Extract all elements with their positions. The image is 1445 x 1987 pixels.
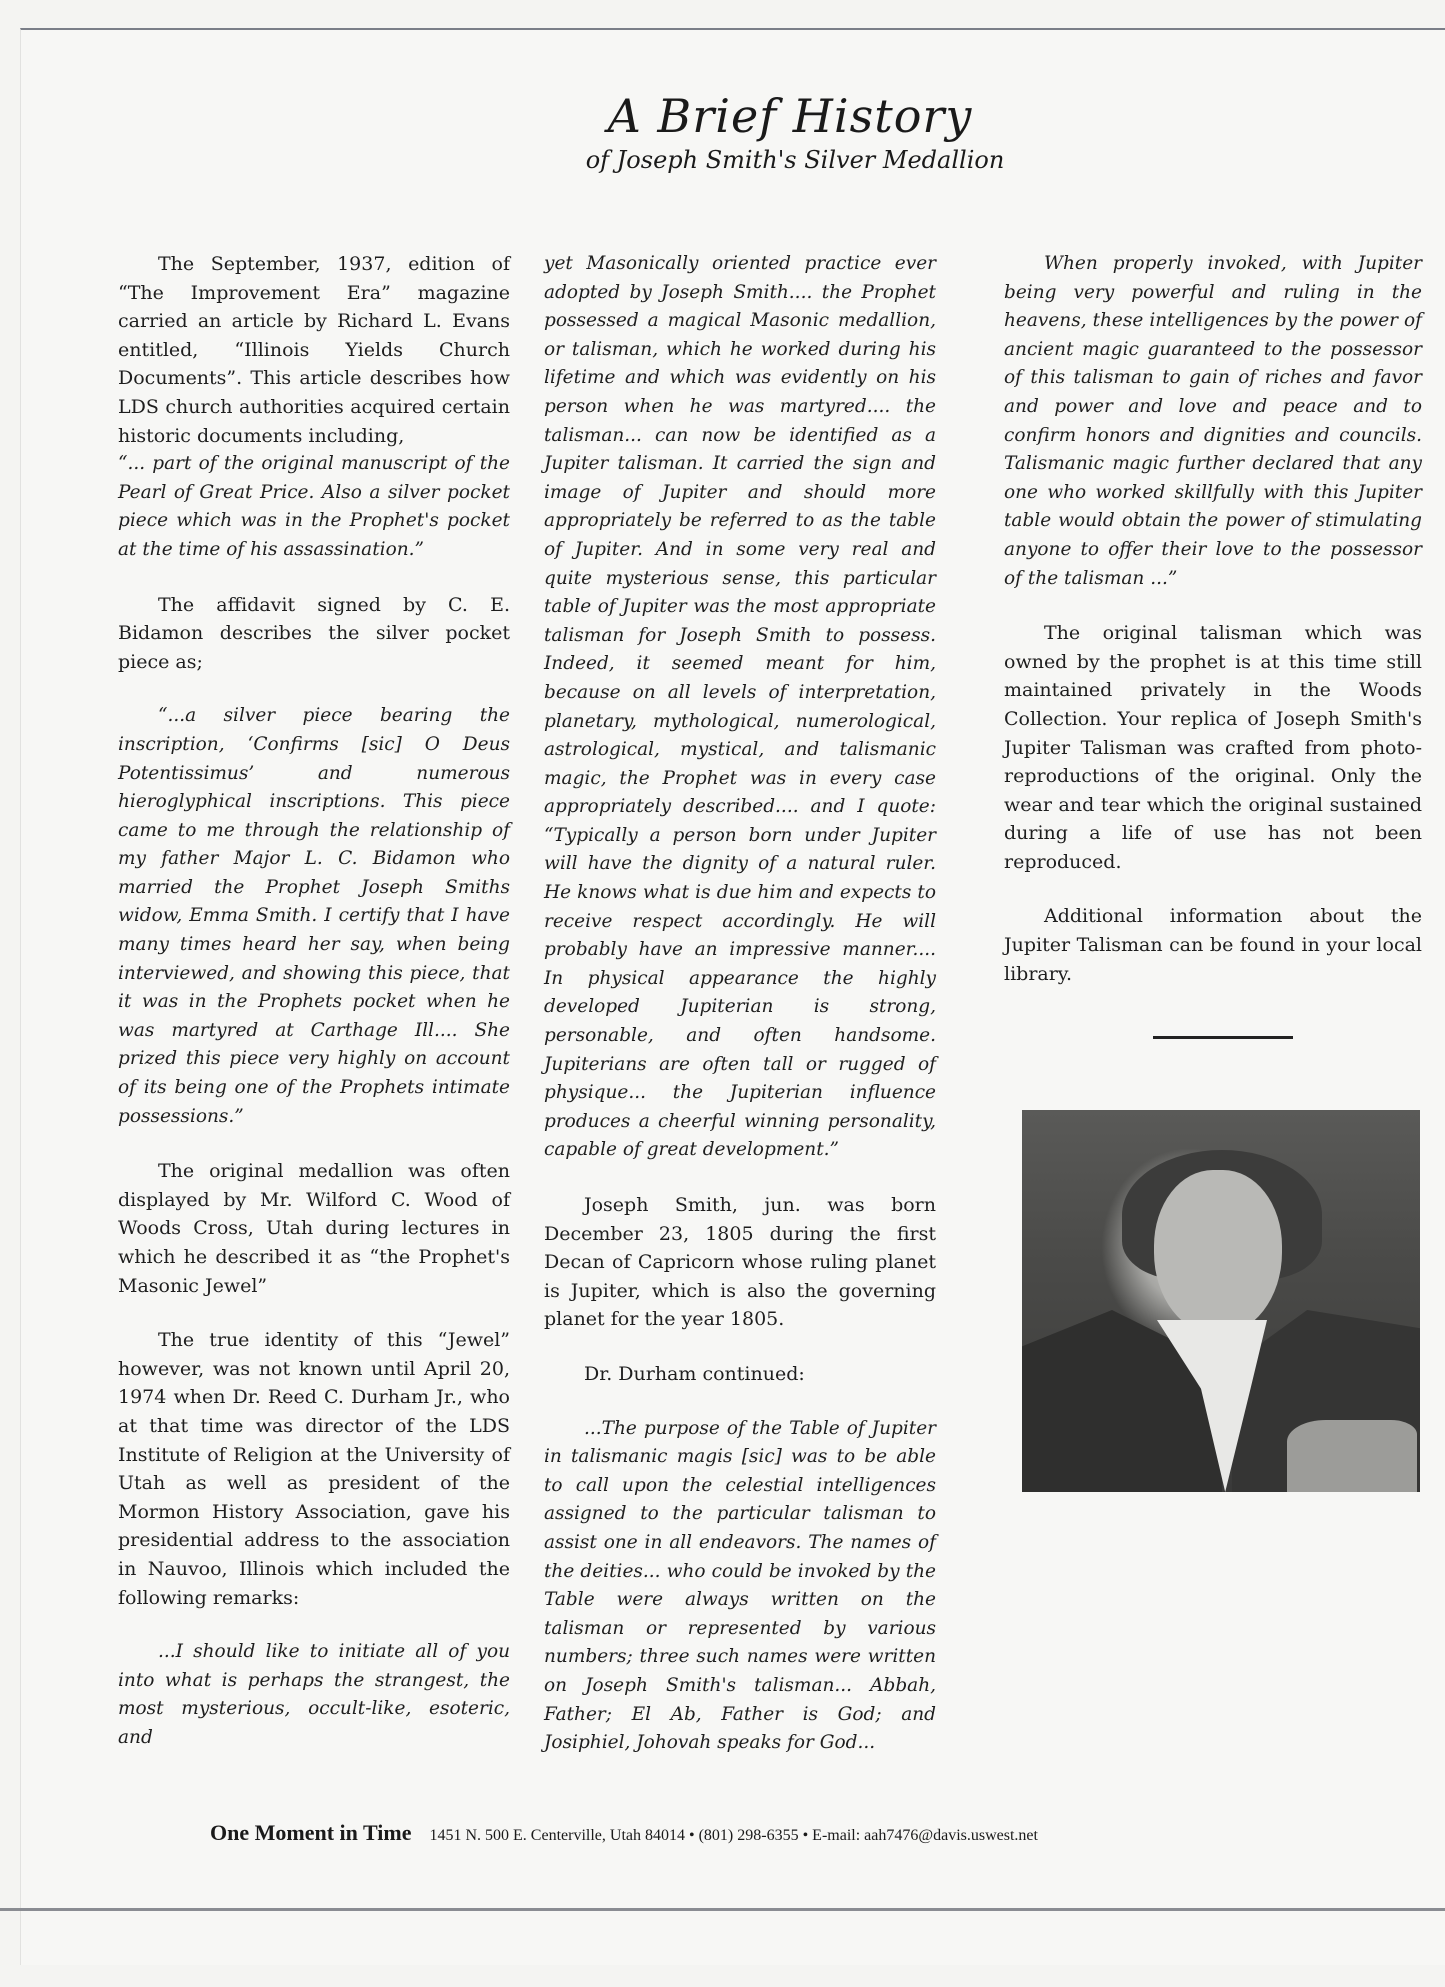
paragraph: Dr. Durham continued: xyxy=(544,1360,936,1389)
portrait-face xyxy=(1154,1170,1282,1335)
footer: One Moment in Time 1451 N. 500 E. Center… xyxy=(210,1820,1310,1846)
paragraph: Additional information about the Jupiter… xyxy=(1004,902,1422,988)
portrait-photo xyxy=(1022,1110,1420,1492)
quote-paragraph: ...I should like to initiate all of you … xyxy=(118,1638,510,1752)
paragraph: The affidavit signed by C. E. Bidamon de… xyxy=(118,591,510,677)
article-column-1: The September, 1937, edition of “The Imp… xyxy=(118,250,510,1779)
page-title: A Brief History xyxy=(540,88,1040,144)
title-block: A Brief History of Joseph Smith's Silver… xyxy=(540,88,1040,176)
paragraph: The true identity of this “Jewel” howeve… xyxy=(118,1326,510,1612)
page-bottom-edge xyxy=(0,1908,1445,1911)
quote-paragraph: When properly invoked, with Jupiter bein… xyxy=(1004,250,1422,593)
quote-paragraph: “... part of the original manuscript of … xyxy=(118,450,510,564)
footer-brand: One Moment in Time xyxy=(210,1820,411,1845)
paragraph: The original talisman which was owned by… xyxy=(1004,619,1422,876)
paragraph: Joseph Smith, jun. was born December 23,… xyxy=(544,1191,936,1334)
section-divider xyxy=(1153,1036,1293,1039)
page-subtitle: of Joseph Smith's Silver Medallion xyxy=(550,144,1040,176)
footer-contact: 1451 N. 500 E. Centerville, Utah 84014 •… xyxy=(429,1827,1038,1844)
paragraph: The September, 1937, edition of “The Imp… xyxy=(118,250,510,450)
quote-paragraph: yet Masonically oriented practice ever a… xyxy=(544,250,936,1165)
quote-paragraph: ...The purpose of the Table of Jupiter i… xyxy=(544,1415,936,1758)
article-column-3: When properly invoked, with Jupiter bein… xyxy=(1004,250,1422,1014)
paragraph: The original medallion was often display… xyxy=(118,1157,510,1300)
quote-paragraph: “...a silver piece bearing the inscripti… xyxy=(118,702,510,1131)
article-column-2: yet Masonically oriented practice ever a… xyxy=(544,250,936,1784)
portrait-hand xyxy=(1287,1420,1417,1492)
